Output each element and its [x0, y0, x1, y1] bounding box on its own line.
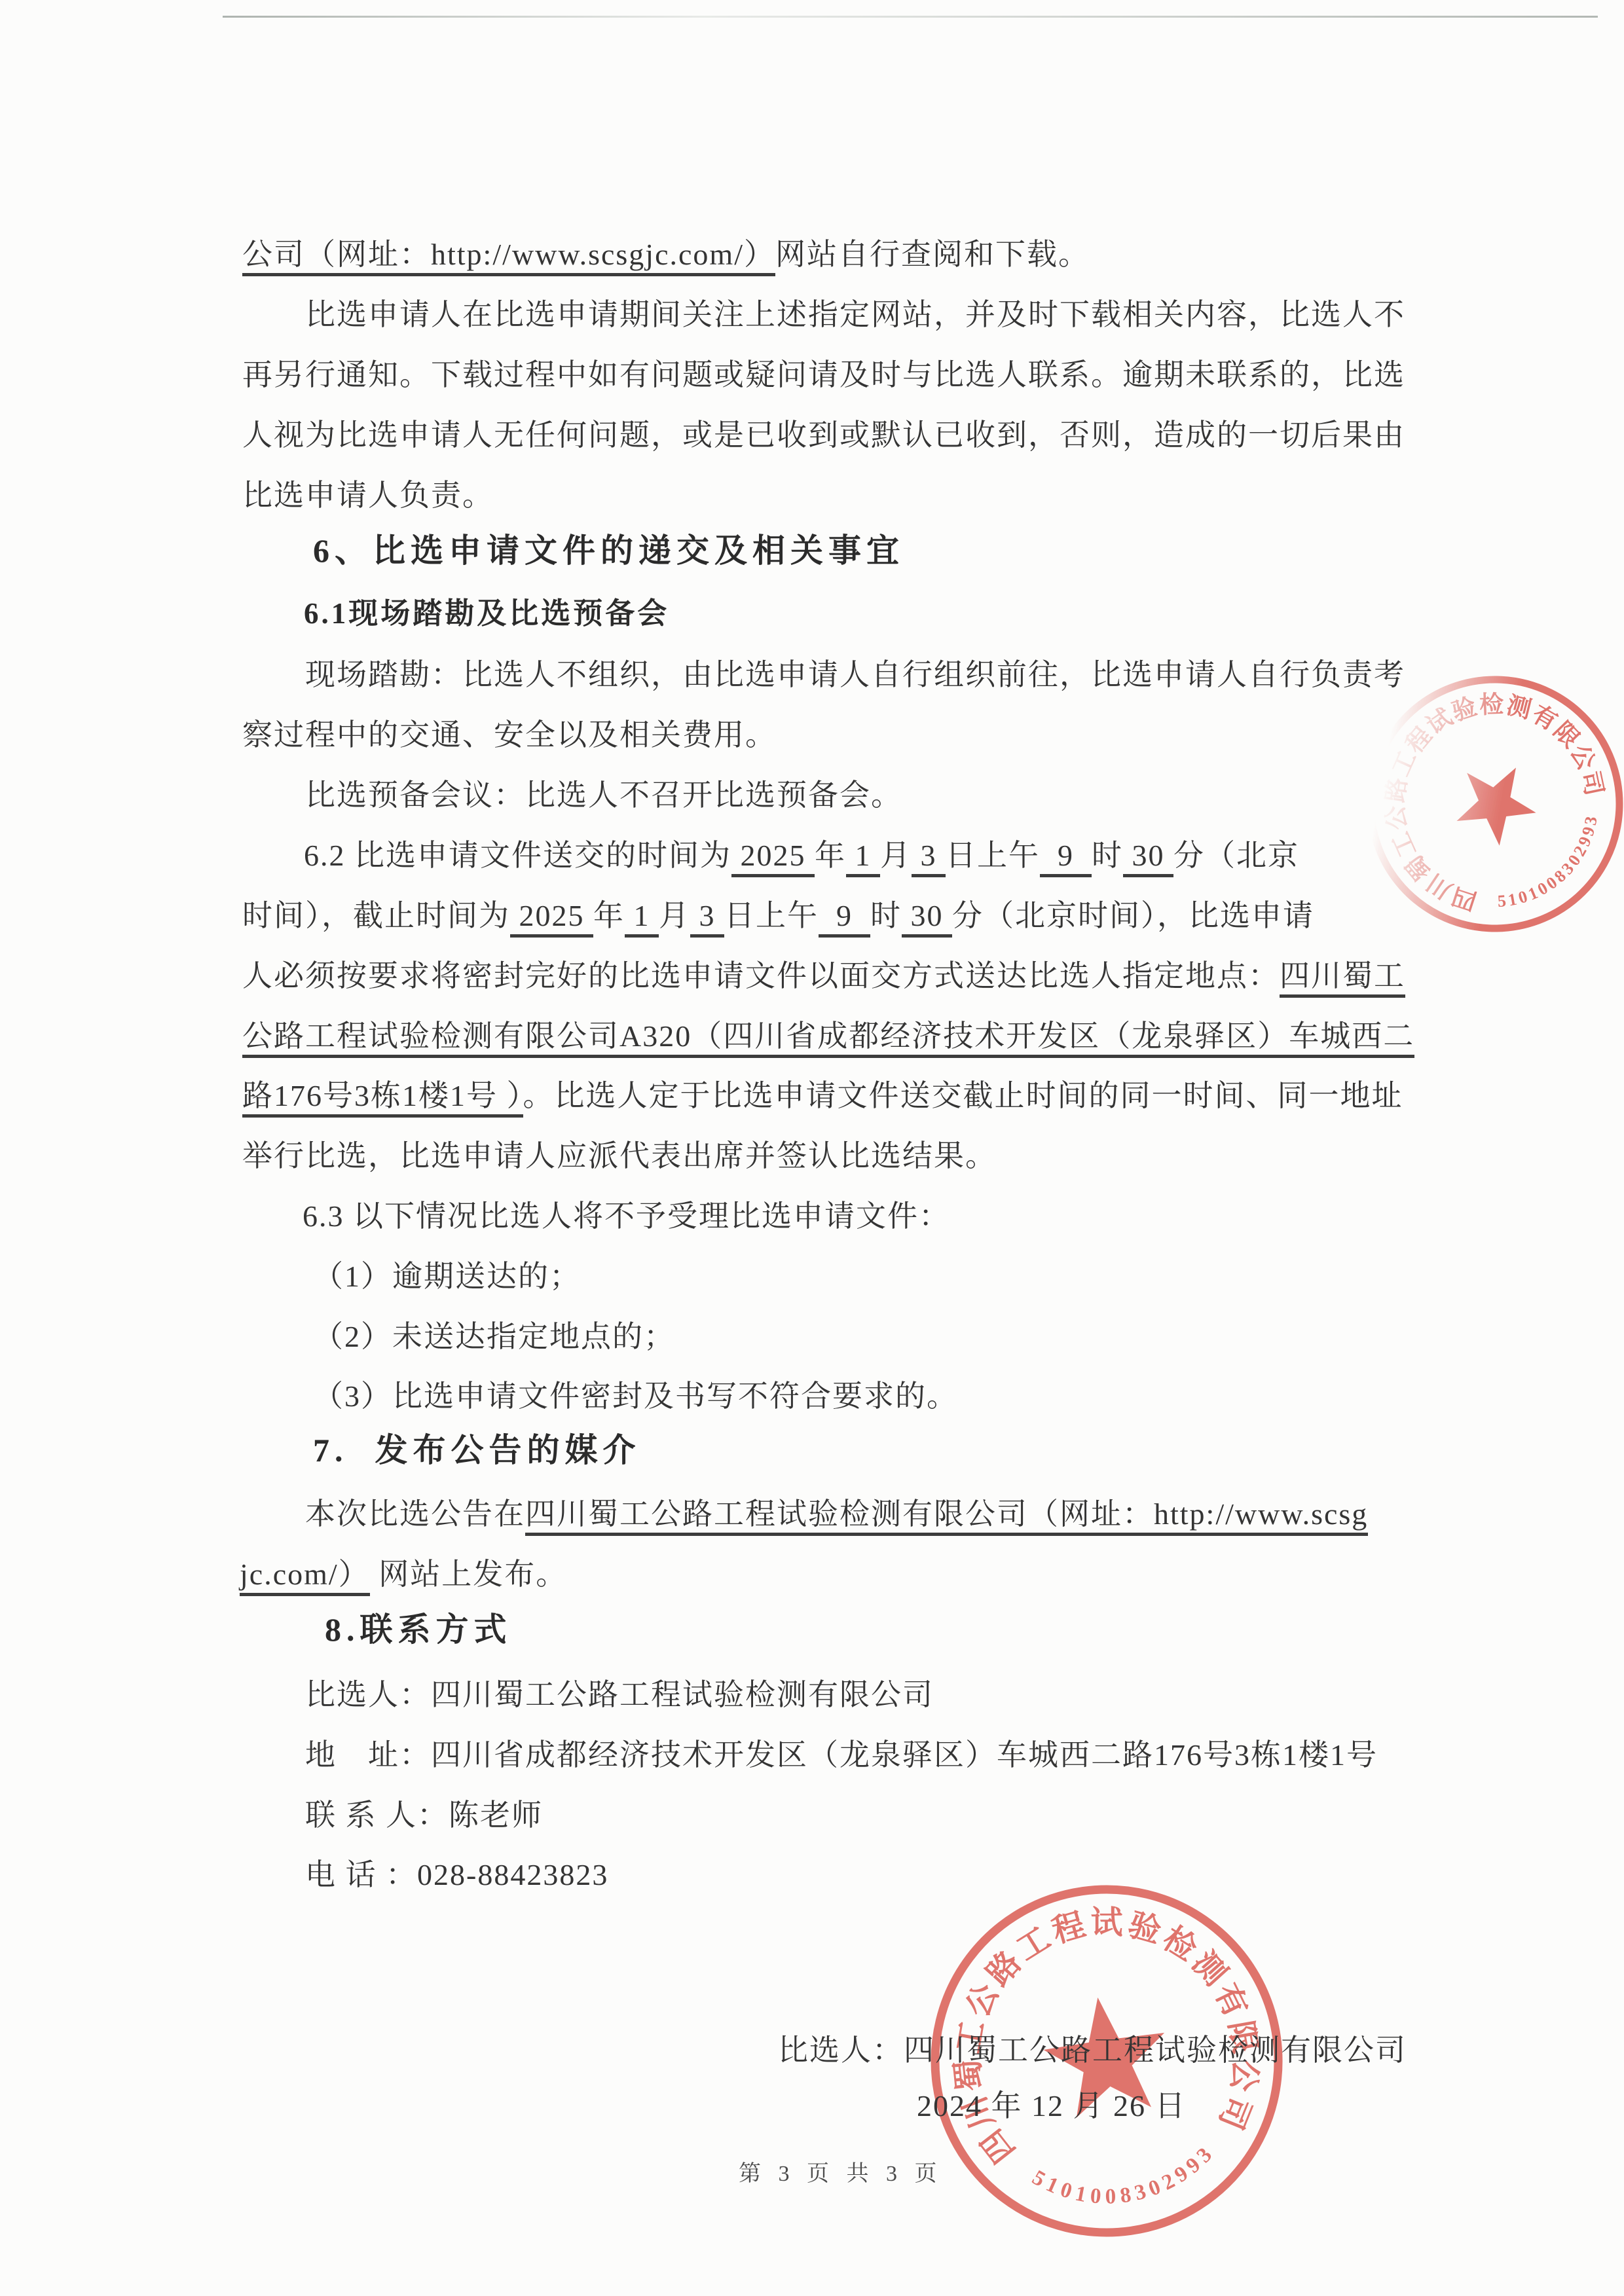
- paragraph-line: jc.com/） 网站上发布。: [240, 1556, 567, 1594]
- text-segment: 。比选人定于比选申请文件送交截止时间的同一时间、同一地址: [523, 1079, 1403, 1112]
- clause-6-3-line: 6.3 以下情况比选人将不予受理比选申请文件：: [303, 1197, 950, 1235]
- seal-serial-digit: 1: [1073, 2182, 1088, 2207]
- text-segment: 8.联系方式: [325, 1611, 512, 1648]
- text-segment: 比选人：四川蜀工公路工程试验检测有限公司: [778, 2033, 1407, 2067]
- underlined-text: 公司（网址：http://www.scsgjc.com/）: [242, 238, 775, 276]
- seal-company-char: 路: [980, 1944, 1028, 1992]
- paragraph-line: 比选申请人负责。: [242, 477, 494, 515]
- page-number: 第 3 页 共 3 页: [739, 2155, 943, 2193]
- seal-serial-digit: 0: [1543, 873, 1560, 893]
- seal-company-char: 验: [1449, 693, 1480, 726]
- seal-serial-digit: 3: [1558, 859, 1578, 878]
- seal-serial-digit: 3: [1192, 2143, 1217, 2168]
- seal-serial-digit: 2: [1570, 843, 1591, 859]
- seal-serial-digit: 9: [1170, 2162, 1192, 2187]
- seal-serial-digit: 1: [1525, 883, 1540, 904]
- text-segment: 网站自行查阅和下载。: [775, 238, 1090, 271]
- seal-company-char: 验: [1124, 1906, 1165, 1950]
- seal-company-char: 蜀: [1401, 850, 1437, 886]
- seal-company-char: 测: [1185, 1944, 1234, 1992]
- text-segment: 现场踏勘：比选人不组织，由比选申请人自行组织前往，比选申请人自行负责考: [305, 658, 1405, 691]
- underlined-text: 9: [1040, 839, 1092, 877]
- text-segment: 6.2 比选申请文件送交的时间为: [304, 839, 731, 872]
- seal-serial-digit: 9: [1578, 824, 1598, 838]
- seal-company-char: 限: [1548, 717, 1585, 754]
- text-segment: 比选申请人负责。: [242, 479, 494, 512]
- seal-company-char: 测: [1504, 691, 1534, 724]
- seal-company-char: 四: [1449, 881, 1480, 914]
- paragraph-line: 再另行通知。下载过程中如有问题或疑问请及时与比选人联系。逾期未联系的，比选: [242, 356, 1405, 394]
- star-icon: [1437, 746, 1547, 856]
- text-segment: 网站上发布。: [370, 1558, 568, 1591]
- text-segment: 年: [593, 899, 625, 932]
- underlined-text: 公路工程试验检测有限公司A320（四川省成都经济技术开发区（龙泉驿区）车城西二: [242, 1019, 1414, 1058]
- underlined-text: 2025: [510, 899, 593, 938]
- text-segment: 6、比选申请文件的递交及相关事宜: [313, 532, 904, 569]
- text-segment: 年: [815, 839, 846, 872]
- underlined-text: 30: [902, 899, 952, 938]
- seal-company-char: 工: [1388, 747, 1422, 780]
- underlined-text: 2025: [731, 839, 815, 877]
- text-segment: 2024 年 12 月 26 日: [917, 2089, 1187, 2123]
- seal-company-char: 川: [1422, 868, 1458, 904]
- heading-section-6: 6、比选申请文件的递交及相关事宜: [313, 532, 904, 570]
- seal-company-char: 程: [1401, 722, 1437, 758]
- text-segment: 再另行通知。下载过程中如有问题或疑问请及时与比选人联系。逾期未联系的，比选: [242, 358, 1405, 392]
- seal-serial-digit: 0: [1564, 851, 1585, 869]
- seal-company-char: 工: [1388, 828, 1422, 860]
- contact-person-line: 联 系 人：陈老师: [305, 1796, 543, 1834]
- signature-line: 比选人：四川蜀工公路工程试验检测有限公司: [778, 2032, 1407, 2069]
- text-segment: 日上午: [724, 899, 819, 932]
- text-segment: 本次比选公告在: [305, 1497, 525, 1531]
- paragraph-line: 时间），截止时间为 2025 年 1 月 3 日上午 9 时 30 分（北京时间…: [242, 897, 1314, 935]
- text-segment: 月: [659, 899, 690, 932]
- text-segment: 日上午: [946, 839, 1040, 872]
- paragraph-line: 现场踏勘：比选人不组织，由比选申请人自行组织前往，比选申请人自行负责考: [305, 656, 1405, 694]
- text-segment: 比选申请人在比选申请期间关注上述指定网站，并及时下载相关内容，比选人不: [305, 298, 1405, 331]
- text-segment: 时间），截止时间为: [242, 899, 510, 932]
- paragraph-line: 比选申请人在比选申请期间关注上述指定网站，并及时下载相关内容，比选人不: [305, 296, 1405, 334]
- seal-company-char: 试: [1091, 1904, 1123, 1941]
- underlined-text: 路176号3栋1楼1号 ）: [242, 1079, 523, 1118]
- clause-6-2-line: 6.2 比选申请文件送交的时间为 2025 年 1 月 3 日上午 9 时 30…: [304, 837, 1299, 875]
- seal-serial-digit: 5: [1028, 2166, 1049, 2191]
- seal-serial-digit: 0: [1516, 886, 1530, 907]
- seal-company-char: 检: [1479, 691, 1504, 719]
- seal-company-char: 工: [1010, 1920, 1057, 1968]
- paragraph-line: 人必须按要求将密封完好的比选申请文件以面交方式送达比选人指定地点：四川蜀工: [242, 957, 1405, 995]
- document-page: 公司（网址：http://www.scsgjc.com/）网站自行查阅和下载。 …: [0, 0, 1624, 2296]
- seal-serial-digit: 0: [1105, 2185, 1116, 2208]
- list-item-line: （3）比选申请文件密封及书写不符合要求的。: [313, 1377, 958, 1415]
- underlined-text: 3: [912, 839, 946, 877]
- contact-address-line: 地 址：四川省成都经济技术开发区（龙泉驿区）车城西二路176号3栋1楼1号: [305, 1736, 1378, 1774]
- seal-company-char: 公: [1565, 740, 1600, 774]
- list-item-line: （1）逾期送达的；: [313, 1258, 581, 1296]
- seal-serial-digit: 3: [1132, 2180, 1149, 2206]
- contact-phone-line: 电 话 ：028-88423823: [305, 1856, 608, 1894]
- text-segment: 分（北京时间），比选申请: [952, 899, 1314, 932]
- text-segment: 人视为比选申请人无任何问题，或是已收到或默认已收到，否则，造成的一切后果由: [242, 418, 1405, 452]
- seal-serial-digit: 3: [1581, 815, 1601, 827]
- paragraph-line: 路176号3栋1楼1号 ）。比选人定于比选申请文件送交截止时间的同一时间、同一地…: [242, 1077, 1403, 1115]
- paragraph-line: 察过程中的交通、安全以及相关费用。: [242, 716, 777, 754]
- seal-serial-digit: 9: [1574, 834, 1595, 849]
- seal-serial-digit: 0: [1089, 2184, 1101, 2208]
- text-segment: （2）未送达指定地点的；: [313, 1320, 675, 1353]
- seal-company-char: 检: [1157, 1920, 1204, 1968]
- seal-ring: [1364, 673, 1624, 935]
- company-seal-stamp-right: 四川蜀工公路工程试验检测有限公司5101008302993: [1364, 673, 1624, 935]
- text-segment: 联 系 人：陈老师: [305, 1798, 543, 1832]
- text-segment: 时: [1092, 839, 1123, 872]
- underlined-text: 1: [625, 899, 659, 938]
- seal-company-char: 有: [1527, 700, 1562, 736]
- seal-serial-digit: 1: [1507, 890, 1519, 910]
- seal-company-char: 司: [1212, 2091, 1257, 2134]
- seal-serial-digit: 5: [1497, 891, 1507, 911]
- seal-serial-digit: 1: [1043, 2172, 1062, 2198]
- text-segment: 地 址：四川省成都经济技术开发区（龙泉驿区）车城西二路176号3栋1楼1号: [305, 1738, 1378, 1772]
- text-segment: 6.3 以下情况比选人将不予受理比选申请文件：: [303, 1199, 950, 1233]
- paragraph-line: 人视为比选申请人无任何问题，或是已收到或默认已收到，否则，造成的一切后果由: [242, 416, 1405, 454]
- text-segment: 察过程中的交通、安全以及相关费用。: [242, 718, 777, 752]
- paragraph-line: 本次比选公告在四川蜀工公路工程试验检测有限公司（网址：http://www.sc…: [305, 1495, 1368, 1533]
- text-segment: 人必须按要求将密封完好的比选申请文件以面交方式送达比选人指定地点：: [242, 959, 1280, 993]
- seal-company-char: 程: [1048, 1906, 1089, 1950]
- seal-serial-digit: 0: [1058, 2178, 1075, 2204]
- seal-serial-digit: 8: [1551, 866, 1570, 886]
- underlined-text: 四川蜀工公路工程试验检测有限公司（网址：http://www.scsg: [525, 1497, 1368, 1536]
- heading-section-7: 7. 发布公告的媒介: [313, 1431, 641, 1469]
- seal-company-char: 有: [1208, 1978, 1254, 2022]
- text-segment: 比选预备会议：比选人不召开比选预备会。: [305, 778, 902, 812]
- underlined-text: 四川蜀工: [1280, 959, 1405, 998]
- underlined-text: 30: [1123, 839, 1173, 877]
- seal-company-char: 公: [1382, 804, 1412, 831]
- text-segment: 7. 发布公告的媒介: [313, 1432, 641, 1468]
- text-segment: 6.1现场踏勘及比选预备会: [304, 597, 669, 630]
- seal-serial-digit: 8: [1118, 2183, 1132, 2208]
- text-segment: 时: [870, 899, 902, 932]
- heading-section-6-1: 6.1现场踏勘及比选预备会: [304, 594, 669, 632]
- underlined-text: 3: [690, 899, 724, 938]
- text-segment: （3）比选申请文件密封及书写不符合要求的。: [313, 1379, 958, 1413]
- seal-company-char: 四: [974, 2123, 1022, 2170]
- seal-serial-digit: 2: [1158, 2169, 1179, 2195]
- seal-company-char: 路: [1382, 776, 1412, 804]
- text-segment: 电 话 ：028-88423823: [305, 1858, 608, 1891]
- heading-section-8: 8.联系方式: [325, 1611, 512, 1649]
- text-segment: 举行比选，比选申请人应派代表出席并签认比选结果。: [242, 1139, 997, 1173]
- url-download-line: 公司（网址：http://www.scsgjc.com/）网站自行查阅和下载。: [242, 236, 1090, 274]
- seal-serial-digit: 0: [1534, 879, 1551, 900]
- underlined-text: jc.com/）: [240, 1558, 370, 1596]
- seal-company-char: 试: [1422, 704, 1457, 740]
- text-segment: 第 3 页 共 3 页: [739, 2162, 943, 2186]
- text-segment: 比选人：四川蜀工公路工程试验检测有限公司: [305, 1678, 934, 1711]
- contact-company-line: 比选人：四川蜀工公路工程试验检测有限公司: [305, 1676, 934, 1714]
- address-underline-line: 公路工程试验检测有限公司A320（四川省成都经济技术开发区（龙泉驿区）车城西二: [242, 1017, 1414, 1055]
- seal-company-char: 司: [1576, 769, 1608, 798]
- scan-artifact-line: [223, 16, 1598, 18]
- paragraph-line: 比选预备会议：比选人不召开比选预备会。: [305, 776, 902, 814]
- text-segment: 月: [880, 839, 912, 872]
- seal-serial-digit: 9: [1182, 2153, 1206, 2178]
- underlined-text: 9: [819, 899, 870, 938]
- list-item-line: （2）未送达指定地点的；: [313, 1318, 675, 1356]
- text-segment: 分（北京: [1173, 839, 1299, 872]
- underlined-text: 1: [846, 839, 880, 877]
- paragraph-line: 举行比选，比选申请人应派代表出席并签认比选结果。: [242, 1137, 997, 1175]
- seal-serial-digit: 0: [1145, 2175, 1164, 2201]
- text-segment: （1）逾期送达的；: [313, 1260, 581, 1293]
- seal-company-char: 公: [959, 1978, 1006, 2022]
- signature-date-line: 2024 年 12 月 26 日: [917, 2087, 1187, 2125]
